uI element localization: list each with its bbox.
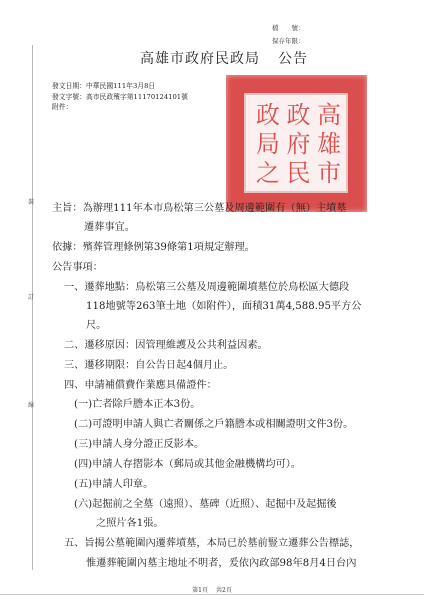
item-marker: 三、 (64, 360, 84, 371)
seal-char: 高 (311, 99, 342, 128)
sub-item-4: (四)申請人存摺影本（郵局或其他金融機構均可）。 (74, 455, 301, 470)
binding-char-ding: 訂 (28, 292, 34, 301)
item-text: 申請補償費作業應具備證件： (84, 380, 216, 391)
file-number-row: 檔 號： (272, 22, 305, 35)
item-text: 遷移原因：因管理維護及公共利益因素。 (84, 340, 267, 351)
file-meta: 檔 號： 保存年限： (272, 22, 305, 48)
item-4: 四、申請補償費作業應具備證件： (64, 376, 217, 391)
page-current: 第1頁 (192, 587, 208, 594)
page-bottom-edge (0, 594, 424, 595)
subject-label: 主旨： (52, 203, 83, 214)
seal-char: 局 (250, 128, 281, 157)
sub-item-6-line-2: 之照片各1張。 (96, 514, 164, 529)
item-5-line-2: 惟遷葬範圍內墓主地址不明者，爰依內政部98年8月4日台內 (86, 554, 356, 569)
item-marker: 四、 (64, 380, 84, 391)
item-marker: 一、 (64, 282, 84, 293)
attachment-label: 附件： (52, 103, 72, 111)
sub-item-1: (一)亡者除戶謄本正本3份。 (74, 395, 201, 410)
doc-type: 公告 (278, 51, 308, 67)
retention-row: 保存年限： (272, 35, 305, 48)
subject-line-1: 主旨：為辦理111年本市鳥松第三公墓及周邊範圍有（無）主墳墓 (52, 199, 347, 214)
sub-item-6-line-1: (六)起掘前之全墓（遠照）、墓碑（近照）、起掘中及起掘後 (74, 495, 337, 510)
basis-text: 殯葬管理條例第39條第1項規定辦理。 (83, 242, 255, 253)
binding-char-xian: 線 (28, 400, 34, 409)
send-date-row: 發文日期：中華民國111年3月8日 (52, 81, 188, 92)
seal-char: 政 (281, 99, 312, 128)
attachment-row: 附件： (52, 102, 188, 113)
seal-char: 政 (250, 99, 281, 128)
subject-text: 為辦理111年本市鳥松第三公墓及周邊範圍有（無）主墳墓 (83, 203, 347, 214)
seal-char: 府 (281, 128, 312, 157)
seal-char: 市 (311, 158, 342, 187)
seal-char: 之 (250, 158, 281, 187)
sub-item-3: (三)申請人身分證正反影本。 (74, 435, 204, 450)
item-marker: 二、 (64, 340, 84, 351)
item-1-line-2: 118地號等263筆土地（如附件），面積31萬4,588.95平方公 (86, 297, 362, 312)
seal-char: 民 (281, 158, 312, 187)
document-page: 裝 訂 線 檔 號： 保存年限： 高雄市政府民政局公告 發文日期：中華民國111… (0, 0, 424, 600)
binding-line (32, 45, 33, 570)
seal-inner-frame: 政 政 高 局 府 雄 之 民 市 (244, 93, 348, 193)
items-heading: 公告事項： (52, 258, 103, 273)
page-footer: 第1頁共2頁 (0, 585, 424, 594)
subject-line-2: 遷葬事宜。 (84, 218, 135, 233)
official-seal-stamp: 政 政 高 局 府 雄 之 民 市 (226, 75, 367, 212)
item-1-line-3: 尺。 (86, 316, 106, 331)
basis-label: 依據： (52, 242, 83, 253)
page-title: 高雄市政府民政局公告 (140, 48, 308, 68)
binding-char-zhuang: 裝 (28, 197, 34, 206)
send-date-label: 發文日期： (52, 82, 86, 90)
agency-name: 高雄市政府民政局 (140, 51, 260, 67)
sub-item-2: (二)可證明申請人與亡者關係之戶籍謄本或相關證明文件3份。 (74, 415, 353, 430)
retention-label: 保存年限： (272, 35, 305, 48)
sub-item-5: (五)申請人印章。 (74, 475, 153, 490)
item-2: 二、遷移原因：因管理維護及公共利益因素。 (64, 336, 268, 351)
item-5-line-1: 五、旨揭公墓範圍內遷葬墳墓，本局已於墓前豎立遷葬公告標誌， (64, 534, 359, 549)
file-number-label: 檔 號： (272, 22, 305, 35)
item-1-line-1: 一、遷葬地點：鳥松第三公墓及周邊範圍墳墓位於鳥松區大德段 (64, 278, 349, 293)
send-date-value: 中華民國111年3月8日 (86, 82, 155, 90)
basis-line: 依據：殯葬管理條例第39條第1項規定辦理。 (52, 238, 255, 253)
item-text: 遷葬地點：鳥松第三公墓及周邊範圍墳墓位於鳥松區大德段 (84, 282, 349, 293)
send-meta: 發文日期：中華民國111年3月8日 發文字號：高市民政殯字第1117012410… (52, 81, 188, 113)
send-number-row: 發文字號：高市民政殯字第11170124101號 (52, 92, 188, 103)
item-text: 遷移期限：自公告日起4個月止。 (84, 360, 233, 371)
send-number-value: 高市民政殯字第11170124101號 (86, 93, 188, 101)
seal-char: 雄 (311, 128, 342, 157)
send-number-label: 發文字號： (52, 93, 86, 101)
page-total: 共2頁 (216, 587, 232, 594)
item-3: 三、遷移期限：自公告日起4個月止。 (64, 356, 233, 371)
